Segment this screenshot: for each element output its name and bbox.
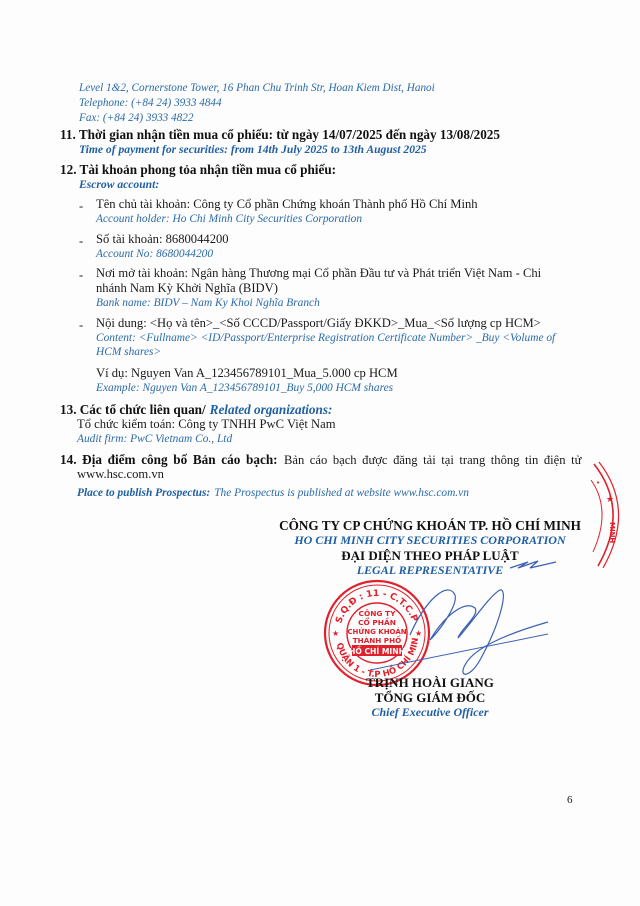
section-12-heading: 12. Tài khoản phong tỏa nhận tiền mua cổ…: [60, 162, 336, 178]
bank-en: Bank name: BIDV – Nam Ky Khoi Nghĩa Bran…: [96, 297, 320, 309]
section-13-heading-en: Related organizations:: [210, 402, 333, 417]
section-11-heading-en: Time of payment for securities: from 14t…: [79, 143, 427, 156]
audit-firm-en: Audit firm: PwC Vietnam Co., Ltd: [77, 433, 232, 445]
bullet-dash: -: [79, 199, 83, 214]
signer-title-en: Chief Executive Officer: [250, 705, 610, 720]
bank-vi-line-2: nhánh Nam Kỳ Khởi Nghĩa (BIDV): [96, 281, 278, 296]
svg-text:★: ★: [606, 495, 614, 505]
document-page: Level 1&2, Cornerstone Tower, 16 Phan Ch…: [0, 0, 640, 906]
section-12-heading-en: Escrow account:: [79, 178, 159, 191]
bullet-dash: -: [79, 234, 83, 249]
example-vi: Ví dụ: Nguyen Van A_123456789101_Mua_5.0…: [96, 366, 398, 381]
account-number-en: Account No: 8680044200: [96, 248, 213, 260]
company-name-en: HO CHI MINH CITY SECURITIES CORPORATION: [250, 533, 610, 548]
bank-vi-line-1: Nơi mở tài khoản: Ngân hàng Thương mại C…: [96, 266, 541, 281]
page-number: 6: [567, 794, 573, 806]
bullet-dash: -: [79, 268, 83, 283]
handwritten-signature-icon: [330, 560, 550, 690]
section-11-heading: 11. Thời gian nhận tiền mua cổ phiếu: từ…: [60, 127, 500, 143]
signer-block: TRỊNH HOÀI GIANG TỔNG GIÁM ĐỐC Chief Exe…: [250, 675, 610, 720]
section-14-text-vi: Bản cáo bạch được đăng tải tại trang thô…: [284, 453, 581, 467]
svg-text:•: •: [596, 479, 600, 487]
audit-firm-vi: Tổ chức kiểm toán: Công ty TNHH PwC Việt…: [77, 417, 336, 432]
telephone-line: Telephone: (+84 24) 3933 4844: [79, 96, 222, 111]
signer-title-vi: TỔNG GIÁM ĐỐC: [250, 690, 610, 705]
transfer-content-vi: Nội dung: <Họ và tên>_<Số CCCD/Passport/…: [96, 316, 541, 331]
transfer-content-en-line-1: Content: <Fullname> <ID/Passport/Enterpr…: [96, 332, 555, 344]
transfer-content-en-line-2: HCM shares>: [96, 346, 161, 358]
example-en: Example: Nguyen Van A_123456789101_Buy 5…: [96, 382, 393, 394]
website-link[interactable]: www.hsc.com.vn: [77, 467, 164, 482]
fax-line: Fax: (+84 24) 3933 4822: [79, 111, 193, 126]
account-number-vi: Số tài khoản: 8680044200: [96, 232, 229, 247]
section-14-label-en: Place to publish Prospectus:: [77, 487, 210, 499]
bullet-dash: -: [79, 318, 83, 333]
signer-name: TRỊNH HOÀI GIANG: [250, 675, 610, 690]
section-13-heading: 13. Các tổ chức liên quan/: [60, 402, 206, 417]
account-holder-vi: Tên chủ tài khoản: Công ty Cổ phần Chứng…: [96, 197, 478, 212]
company-name-vi: CÔNG TY CP CHỨNG KHOÁN TP. HỒ CHÍ MINH: [250, 518, 610, 533]
address-line-1: Level 1&2, Cornerstone Tower, 16 Phan Ch…: [79, 81, 435, 96]
section-14-text-en: The Prospectus is published at website w…: [214, 487, 469, 499]
section-14-heading: 14. Địa điểm công bố Bản cáo bạch:: [60, 452, 278, 467]
section-14-en-row: Place to publish Prospectus: The Prospec…: [77, 483, 469, 501]
account-holder-en: Account holder: Ho Chi Minh City Securit…: [96, 213, 362, 225]
initials-scribble-icon: [508, 558, 558, 572]
